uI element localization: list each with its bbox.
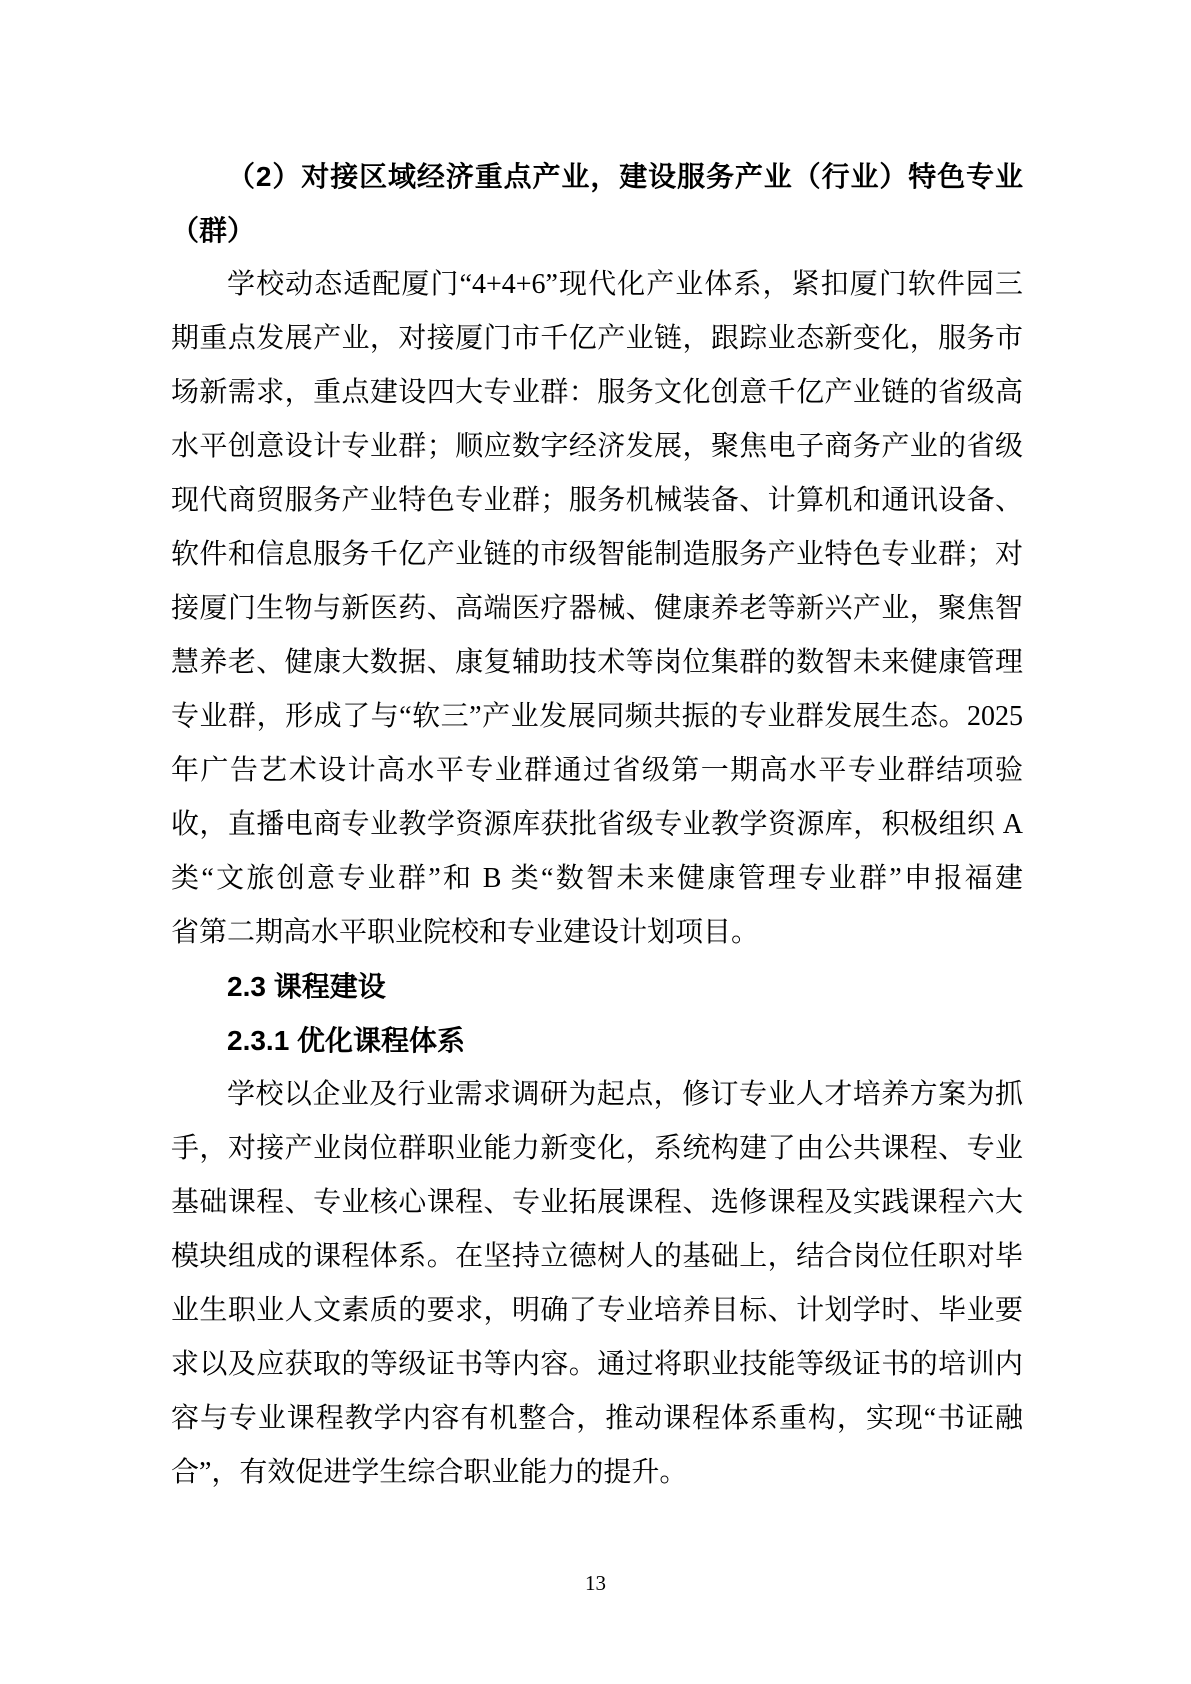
document-body: （2）对接区域经济重点产业，建设服务产业（行业）特色专业 （群） 学校动态适配厦… (171, 150, 1023, 1500)
paragraph-industry-clusters: 学校动态适配厦门“4+4+6”现代化产业体系，紧扣厦门软件园三 期重点发展产业，… (171, 258, 1023, 960)
heading-line: （群） (171, 204, 1023, 258)
heading-line: （2）对接区域经济重点产业，建设服务产业（行业）特色专业 (171, 150, 1023, 204)
section-heading-2: （2）对接区域经济重点产业，建设服务产业（行业）特色专业 （群） (171, 150, 1023, 258)
text-line: 慧养老、健康大数据、康复辅助技术等岗位集群的数智未来健康管理 (171, 636, 1023, 690)
paragraph-curriculum-system: 学校以企业及行业需求调研为起点，修订专业人才培养方案为抓 手，对接产业岗位群职业… (171, 1068, 1023, 1500)
document-page: （2）对接区域经济重点产业，建设服务产业（行业）特色专业 （群） 学校动态适配厦… (0, 0, 1191, 1684)
text-line: 业生职业人文素质的要求，明确了专业培养目标、计划学时、毕业要 (171, 1284, 1023, 1338)
text-line: 期重点发展产业，对接厦门市千亿产业链，跟踪业态新变化，服务市 (171, 312, 1023, 366)
text-line: 手，对接产业岗位群职业能力新变化，系统构建了由公共课程、专业 (171, 1122, 1023, 1176)
heading-line: 2.3.1 优化课程体系 (171, 1014, 1023, 1068)
text-line: 接厦门生物与新医药、高端医疗器械、健康养老等新兴产业，聚焦智 (171, 582, 1023, 636)
text-line: 合”，有效促进学生综合职业能力的提升。 (171, 1446, 1023, 1500)
text-line: 水平创意设计专业群；顺应数字经济发展，聚焦电子商务产业的省级 (171, 420, 1023, 474)
text-line: 软件和信息服务千亿产业链的市级智能制造服务产业特色专业群；对 (171, 528, 1023, 582)
text-line: 学校以企业及行业需求调研为起点，修订专业人才培养方案为抓 (171, 1068, 1023, 1122)
page-number: 13 (0, 1568, 1191, 1598)
section-heading-2-3: 2.3 课程建设 (171, 960, 1023, 1014)
text-line: 模块组成的课程体系。在坚持立德树人的基础上，结合岗位任职对毕 (171, 1230, 1023, 1284)
text-line: 场新需求，重点建设四大专业群：服务文化创意千亿产业链的省级高 (171, 366, 1023, 420)
text-line: 省第二期高水平职业院校和专业建设计划项目。 (171, 906, 1023, 960)
text-line: 收，直播电商专业教学资源库获批省级专业教学资源库，积极组织 A (171, 798, 1023, 852)
section-heading-2-3-1: 2.3.1 优化课程体系 (171, 1014, 1023, 1068)
text-line: 专业群，形成了与“软三”产业发展同频共振的专业群发展生态。2025 (171, 690, 1023, 744)
text-line: 类“文旅创意专业群”和 B 类“数智未来健康管理专业群”申报福建 (171, 852, 1023, 906)
heading-line: 2.3 课程建设 (171, 960, 1023, 1014)
text-line: 年广告艺术设计高水平专业群通过省级第一期高水平专业群结项验 (171, 744, 1023, 798)
text-line: 基础课程、专业核心课程、专业拓展课程、选修课程及实践课程六大 (171, 1176, 1023, 1230)
text-line: 学校动态适配厦门“4+4+6”现代化产业体系，紧扣厦门软件园三 (171, 258, 1023, 312)
text-line: 求以及应获取的等级证书等内容。通过将职业技能等级证书的培训内 (171, 1338, 1023, 1392)
text-line: 现代商贸服务产业特色专业群；服务机械装备、计算机和通讯设备、 (171, 474, 1023, 528)
text-line: 容与专业课程教学内容有机整合，推动课程体系重构，实现“书证融 (171, 1392, 1023, 1446)
